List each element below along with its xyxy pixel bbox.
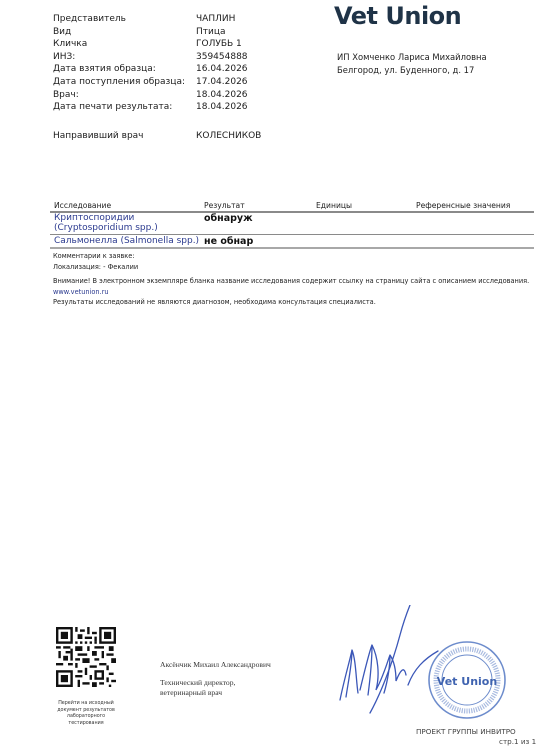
qr-caption: Перейти на исходный документ результатов…	[50, 701, 122, 727]
svg-text:Vet Union: Vet Union	[437, 675, 497, 688]
signature-icon	[330, 605, 440, 720]
project-label: ПРОЕКТ ГРУППЫ ИНВИТРО	[416, 727, 516, 736]
label-representative: Представитель	[53, 13, 126, 26]
value-received-date: 17.04.2026	[196, 76, 248, 89]
label-species: Вид	[53, 26, 71, 39]
label-sample-date: Дата взятия образца:	[53, 63, 156, 76]
signatory-title-line2: ветеринарный врач	[160, 688, 222, 698]
test-link-cryptosporidium[interactable]: Криптоспоридии	[54, 213, 134, 223]
company-name: ИП Хомченко Лариса Михайловна	[337, 51, 487, 64]
header-test: Исследование	[54, 201, 111, 210]
result-value: не обнар	[204, 236, 253, 247]
result-value: обнаруж	[204, 213, 253, 224]
header-result: Результат	[204, 201, 245, 210]
signature	[330, 605, 440, 720]
patient-info: Представитель ЧАПЛИН Вид Птица Кличка ГО…	[53, 13, 313, 113]
signatory-name: Аксёнчик Михаил Александрович	[160, 660, 271, 670]
value-nickname: ГОЛУБЬ 1	[196, 38, 242, 51]
value-referring-doctor: КОЛЕСНИКОВ	[196, 130, 261, 143]
value-doctor: 18.04.2026	[196, 89, 248, 102]
label-referring-doctor: Направивший врач	[53, 130, 144, 143]
test-link-cryptosporidium-latin[interactable]: (Cryptosporidium spp.)	[54, 223, 158, 233]
row-divider	[50, 234, 534, 235]
value-inz: 359454888	[196, 51, 248, 64]
qr-code[interactable]	[56, 627, 116, 687]
qr-code-icon	[56, 627, 116, 687]
company-stamp: Vet Union	[427, 640, 507, 720]
header-reference: Референсные значения	[416, 201, 510, 210]
label-print-date: Дата печати результата:	[53, 101, 172, 114]
header-units: Единицы	[316, 201, 352, 210]
label-doctor: Врач:	[53, 89, 79, 102]
label-nickname: Кличка	[53, 38, 87, 51]
website-link[interactable]: www.vetunion.ru	[53, 288, 109, 296]
company-address: Белгород, ул. Буденного, д. 17	[337, 64, 474, 77]
disclaimer: Результаты исследований не являются диаг…	[53, 298, 376, 306]
stamp-icon: Vet Union	[427, 640, 507, 720]
value-sample-date: 16.04.2026	[196, 63, 248, 76]
value-print-date: 18.04.2026	[196, 101, 248, 114]
test-link-salmonella[interactable]: Сальмонелла (Salmonella spp.)	[54, 236, 199, 246]
comments-localization: Локализация: - Фекалии	[53, 263, 138, 271]
signatory-title-line1: Технический директор,	[160, 678, 235, 688]
label-inz: ИНЗ:	[53, 51, 75, 64]
label-received-date: Дата поступления образца:	[53, 76, 185, 89]
attention-note: Внимание! В электронном экземпляре бланк…	[53, 277, 529, 285]
value-representative: ЧАПЛИН	[196, 13, 235, 26]
comments-title: Комментарии к заявке:	[53, 252, 135, 260]
vet-union-logo: Vet Union	[334, 2, 461, 30]
table-bottom-divider	[50, 247, 534, 249]
page-number: стр.1 из 1	[499, 737, 536, 746]
value-species: Птица	[196, 26, 226, 39]
